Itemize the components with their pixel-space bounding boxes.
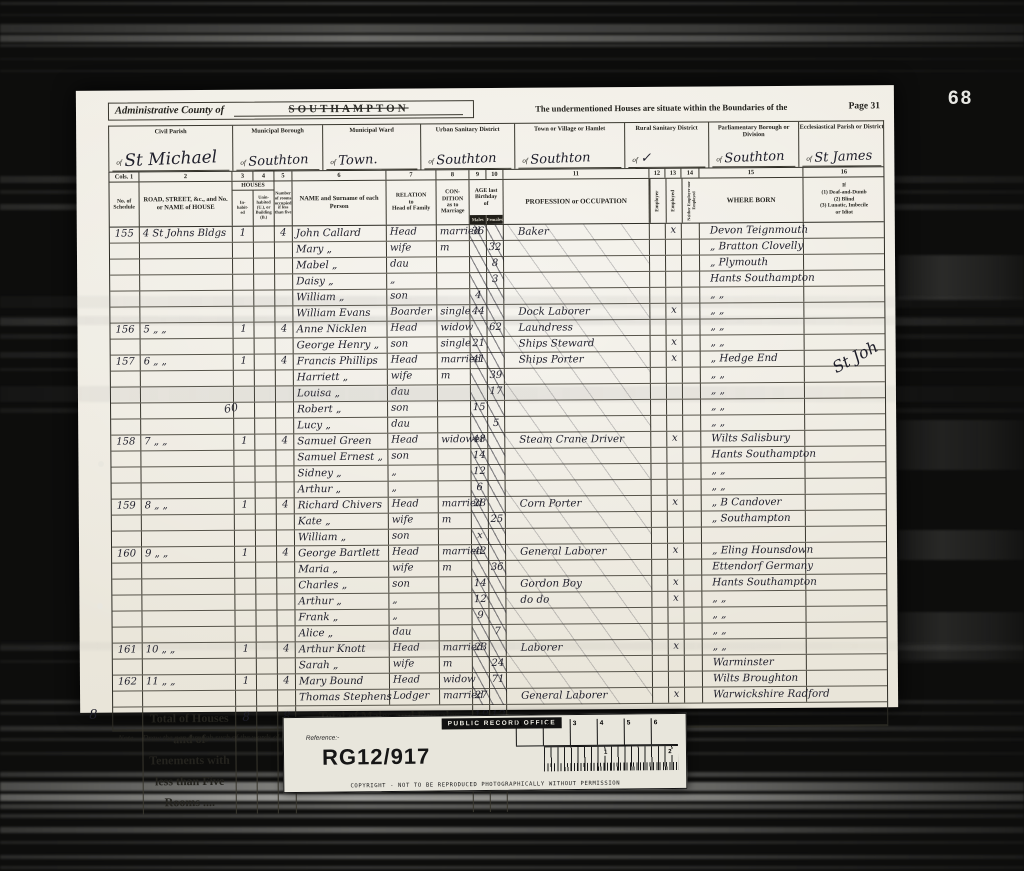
cell-employed (667, 448, 683, 463)
cell-occupation: General Laborer (506, 544, 652, 560)
cell-rooms (277, 530, 295, 545)
cell-age-female (488, 353, 505, 368)
district-label: Urban Sanitary District (421, 124, 514, 134)
cell-employer (651, 352, 667, 367)
cell-inhabited (235, 563, 256, 578)
cell-neither (683, 384, 701, 399)
ruler-mark: 5 (624, 718, 651, 744)
cell-occupation: Gordon Boy (506, 576, 652, 592)
scale-ruler: 1 2 3 4 5 6 1 2 (516, 718, 679, 778)
cell-relation: Head (389, 497, 439, 512)
cell-inhabited: 1 (235, 547, 256, 562)
ruler-mark: 2 (667, 749, 672, 755)
cell-employer (651, 416, 667, 431)
header-rooms: Number of rooms occupied if less than fi… (274, 181, 292, 225)
cell-age-female: 36 (489, 561, 506, 576)
header-age-female: Females (487, 215, 503, 224)
cell-where-born: Wilts Salisbury (701, 431, 805, 447)
cell-age-female (488, 465, 505, 480)
district-municipal-borough: Municipal Borough ofSouthton (233, 125, 323, 171)
cell-occupation (505, 416, 651, 432)
cell-condition: m (439, 513, 472, 528)
cell-occupation (506, 528, 652, 544)
cell-age-male: 4 (470, 289, 487, 304)
cell-uninhabited (254, 322, 275, 337)
cell-condition (437, 257, 470, 272)
cell-schedule (111, 387, 141, 402)
cell-where-born: Devon Teignmouth (700, 223, 804, 239)
cell-schedule: 160 (112, 547, 142, 562)
cell-employed: x (669, 640, 685, 655)
cell-age-female (488, 337, 505, 352)
cell-relation: Head (387, 321, 437, 336)
film-streak (0, 2, 1024, 5)
col-number: 4 (253, 171, 274, 180)
cell-neither (684, 592, 702, 607)
cell-where-born: „ „ (703, 623, 807, 639)
cell-name: Charles „ (295, 578, 389, 594)
header-where-born: WHERE BORN (699, 178, 803, 223)
cell-occupation (504, 240, 650, 256)
cell-age-male: 12 (471, 465, 488, 480)
cell-occupation: Steam Crane Driver (505, 432, 651, 448)
cell-age-female (487, 225, 504, 240)
district-label: Civil Parish (109, 126, 232, 136)
film-streak (0, 827, 1024, 833)
cell-condition (438, 417, 471, 432)
cell-employed: x (667, 352, 683, 367)
cell-road (141, 387, 234, 403)
cell-rooms: 4 (276, 354, 294, 369)
cell-employer (650, 320, 666, 335)
ruler-mark: 4 (597, 719, 624, 745)
cell-age-male: 36 (470, 225, 487, 240)
cell-name: John Callard (293, 226, 387, 242)
cell-inhabited (233, 243, 254, 258)
cell-occupation: Baker (504, 224, 650, 240)
cell-age-male: 14 (472, 577, 489, 592)
cell-neither (682, 256, 700, 271)
cell-rooms: 4 (275, 322, 293, 337)
cell-occupation: Dock Laborer (504, 304, 650, 320)
film-streak (0, 70, 1024, 72)
cell-uninhabited (255, 466, 276, 481)
col-number: 16 (803, 167, 884, 177)
header-infirmity: If (1) Deaf-and-Dumb (2) Blind (3) Lunat… (803, 177, 884, 222)
cell-employed (666, 272, 682, 287)
admin-county-value: SOUTHAMPTON (234, 102, 463, 117)
col-number: Cols. 1 (109, 172, 139, 181)
district-municipal-ward: Municipal Ward ofTown. (323, 124, 421, 170)
district-value: St Michael (124, 147, 218, 171)
cell-road (140, 307, 233, 323)
cell-infirmity (806, 606, 887, 622)
cell-age-male (472, 513, 489, 528)
cell-condition: single (437, 305, 470, 320)
cell-age-male (470, 273, 487, 288)
of-label: of (330, 158, 336, 166)
cell-uninhabited (254, 290, 275, 305)
cell-employed (666, 320, 682, 335)
col-number: 6 (292, 171, 386, 181)
cell-road: 4 St Johns Bldgs (140, 227, 233, 243)
cell-occupation: Corn Porter (506, 496, 652, 512)
cell-infirmity (804, 286, 885, 302)
cell-rooms: 4 (278, 642, 296, 657)
cell-neither (685, 655, 703, 670)
cell-rooms (278, 658, 296, 673)
cell-schedule: 161 (113, 643, 143, 658)
cell-condition (439, 609, 472, 624)
col-number: 3 (232, 172, 253, 181)
cell-infirmity (805, 414, 886, 430)
cell-age-female: 32 (487, 241, 504, 256)
cell-neither (682, 272, 700, 287)
col-number: 14 (681, 169, 699, 178)
cell-age-male (473, 673, 490, 688)
cell-age-male: 12 (472, 593, 489, 608)
cell-schedule: 155 (110, 227, 140, 242)
col-number: 13 (665, 169, 681, 178)
col-number: 2 (139, 172, 232, 182)
cell-age-male: 27 (473, 689, 490, 704)
cell-rooms: 4 (277, 546, 295, 561)
cell-employed: x (668, 592, 684, 607)
cell-schedule (110, 259, 140, 274)
cell-name: Arthur „ (295, 594, 389, 610)
cell-rooms (277, 482, 295, 497)
cell-neither (685, 687, 703, 702)
cell-infirmity (805, 446, 886, 462)
cell-neither (684, 528, 702, 543)
cell-inhabited (235, 595, 256, 610)
cell-condition: widow (437, 321, 470, 336)
cell-infirmity (805, 430, 886, 446)
cell-relation: son (387, 289, 437, 304)
cell-occupation (505, 400, 651, 416)
cell-age-male: 21 (471, 337, 488, 352)
cell-neither (682, 320, 700, 335)
cell-relation: „ (389, 593, 439, 608)
cell-age-male: 9 (472, 609, 489, 624)
cell-rooms (275, 274, 293, 289)
cell-neither (682, 224, 700, 239)
cell-uninhabited (255, 386, 276, 401)
cell-name: Arthur Knott (296, 642, 390, 658)
cell-schedule (113, 627, 143, 642)
cell-employer (651, 448, 667, 463)
district-civil-parish: Civil Parish ofSt Michael (109, 126, 233, 172)
cell-neither (685, 640, 703, 655)
film-streak (0, 58, 1024, 60)
cell-road (142, 563, 235, 579)
cell-age-male (470, 257, 487, 272)
cell-employed (666, 288, 682, 303)
cell-schedule (110, 275, 140, 290)
cell-where-born: „ „ (702, 591, 806, 607)
cell-employer (652, 576, 668, 591)
cell-where-born: Hants Southampton (700, 271, 804, 287)
cell-employed (669, 624, 685, 639)
district-value: Southton (724, 149, 785, 167)
cell-road (141, 403, 234, 419)
cell-inhabited (234, 451, 255, 466)
film-streak (0, 841, 1024, 844)
cell-employed: x (668, 576, 684, 591)
cell-name: Frank „ (295, 610, 389, 626)
cell-rooms (275, 258, 293, 273)
cell-inhabited (234, 339, 255, 354)
cell-age-male: 48 (471, 433, 488, 448)
cell-infirmity (806, 558, 887, 574)
of-label: of (806, 155, 812, 163)
cell-neither (684, 576, 702, 591)
district-value: Southton (248, 152, 309, 170)
cell-infirmity (804, 270, 885, 286)
cell-employer (650, 240, 666, 255)
cell-relation: Head (390, 673, 440, 688)
cell-road (141, 339, 234, 355)
cell-road (141, 467, 234, 483)
cell-name: Mabel „ (293, 258, 387, 274)
total-houses-label: Total of Houses and of Tenements with le… (143, 707, 237, 815)
cell-infirmity (805, 462, 886, 478)
cell-schedule (110, 291, 140, 306)
cell-rooms (275, 306, 293, 321)
cell-inhabited (236, 627, 257, 642)
cell-condition: married (438, 353, 471, 368)
header-houses-group: HOUSES In- habit- ed Unin- habited (U.),… (232, 181, 274, 225)
of-label: of (240, 159, 246, 167)
cell-relation: Head (387, 225, 437, 240)
header-age: AGE last Birthday of (469, 180, 502, 215)
cell-employed: x (668, 544, 684, 559)
cell-employed (667, 368, 683, 383)
cell-neither (684, 544, 702, 559)
cell-name: William Evans (293, 306, 387, 322)
cell-uninhabited (257, 642, 278, 657)
cell-employed: x (666, 224, 682, 239)
cell-employer (652, 528, 668, 543)
cell-where-born: „ B Candover (702, 495, 806, 511)
cell-condition: m (439, 561, 472, 576)
admin-county-label: Administrative County of (115, 104, 224, 116)
cell-rooms (277, 514, 295, 529)
cell-infirmity (806, 590, 887, 606)
cell-infirmity (807, 638, 888, 654)
cell-inhabited: 1 (235, 499, 256, 514)
cell-where-born: „ „ (700, 319, 804, 335)
cell-age-male: 14 (471, 449, 488, 464)
cell-employer (651, 432, 667, 447)
cell-road: 11 „ „ (143, 675, 236, 691)
col-number: 9 (469, 170, 486, 179)
cell-road: 7 „ „ (141, 435, 234, 451)
col-number: 7 (386, 170, 436, 179)
cell-inhabited (235, 483, 256, 498)
cell-uninhabited (254, 242, 275, 257)
cell-neither (684, 560, 702, 575)
cell-employer (651, 368, 667, 383)
cell-relation: wife (390, 657, 440, 672)
cell-age-female: 7 (490, 625, 507, 640)
cell-employed (668, 608, 684, 623)
cell-employer (650, 224, 666, 239)
cell-age-female (490, 641, 507, 656)
cell-age-female: 5 (488, 417, 505, 432)
cell-occupation: Ships Porter (505, 352, 651, 368)
margin-total: 8 (89, 708, 97, 723)
cell-occupation (506, 608, 652, 624)
cell-relation: wife (389, 513, 439, 528)
header-age-group: AGE last Birthday of Males Females (469, 180, 503, 224)
cell-schedule: 158 (111, 435, 141, 450)
cell-road: 5 „ „ (140, 323, 233, 339)
cell-schedule (110, 307, 140, 322)
cell-condition (437, 289, 470, 304)
cell-employer (650, 304, 666, 319)
cell-neither (684, 608, 702, 623)
cell-condition (439, 481, 472, 496)
cell-name: Thomas Stephens (296, 690, 390, 706)
cell-name: Samuel Ernest „ (294, 450, 388, 466)
header-employed: Employed (665, 179, 681, 223)
cell-uninhabited (256, 530, 277, 545)
cell-schedule (111, 403, 141, 418)
cell-employed (669, 656, 685, 671)
cell-occupation (505, 464, 651, 480)
of-label: of (632, 156, 638, 164)
film-streak (898, 612, 1024, 660)
cell-age-male (470, 241, 487, 256)
cell-schedule: 157 (111, 355, 141, 370)
cell-relation: dau (388, 417, 438, 432)
cell-inhabited (233, 307, 254, 322)
cell-uninhabited (257, 658, 278, 673)
cell-rooms (276, 370, 294, 385)
cell-condition (439, 529, 472, 544)
cell-employer (653, 688, 669, 703)
cell-employed: x (669, 688, 685, 703)
cell-schedule (111, 451, 141, 466)
district-label: Ecclesiastical Parish or District (799, 121, 884, 131)
cell-where-born: „ „ (701, 415, 805, 431)
cell-uninhabited (256, 546, 277, 561)
ruler-inches: 1 2 3 4 5 6 (516, 718, 678, 747)
film-streak (898, 420, 1024, 470)
district-value: Southton (530, 150, 591, 168)
cell-condition: widow (440, 673, 473, 688)
cell-age-male: x (472, 529, 489, 544)
cell-road (142, 595, 235, 611)
cell-relation: dau (387, 257, 437, 272)
cell-employed: x (668, 496, 684, 511)
cell-name: Louisa „ (294, 386, 388, 402)
film-streak (898, 530, 1024, 560)
cell-occupation (507, 656, 653, 672)
cell-condition (437, 273, 470, 288)
cell-name: Robert „ (294, 402, 388, 418)
cell-age-female (489, 545, 506, 560)
punch-hole (97, 603, 103, 609)
cell-inhabited (234, 371, 255, 386)
cell-rooms (276, 450, 294, 465)
cell-occupation (505, 368, 651, 384)
cell-schedule (112, 595, 142, 610)
cell-relation: son (389, 529, 439, 544)
film-streak (0, 866, 1024, 869)
cell-schedule (110, 243, 140, 258)
cell-employed (668, 560, 684, 575)
cell-schedule (111, 467, 141, 482)
cell-relation: dau (388, 385, 438, 400)
cell-infirmity (806, 526, 887, 542)
cell-age-female: 17 (488, 385, 505, 400)
cell-neither (682, 240, 700, 255)
cell-inhabited (235, 515, 256, 530)
cell-occupation (504, 256, 650, 272)
cell-inhabited: 1 (236, 675, 257, 690)
cell-employed (668, 528, 684, 543)
cell-relation: Boarder (387, 305, 437, 320)
cell-where-born: „ „ (702, 479, 806, 495)
cell-where-born: Wilts Broughton (703, 671, 807, 687)
cell-condition: married (440, 641, 473, 656)
cell-employer (650, 272, 666, 287)
cell-rooms (276, 418, 294, 433)
cell-rooms (277, 594, 295, 609)
film-streak (898, 255, 1024, 300)
cell-road (141, 371, 234, 387)
cell-road (143, 627, 236, 643)
district-label: Parliamentary Borough or Division (709, 122, 798, 139)
page-number: Page 31 (849, 101, 884, 111)
cell-uninhabited (256, 610, 277, 625)
cell-employed (666, 240, 682, 255)
cell-employed (668, 512, 684, 527)
cell-rooms (277, 562, 295, 577)
cell-relation: son (388, 337, 438, 352)
cell-relation: son (389, 577, 439, 592)
reference-label: Reference:- (306, 735, 339, 742)
cell-age-male: 23 (473, 641, 490, 656)
cell-schedule (112, 563, 142, 578)
cell-schedule (112, 483, 142, 498)
cell-schedule (111, 371, 141, 386)
cell-relation: dau (390, 625, 440, 640)
cell-inhabited: 1 (234, 355, 255, 370)
cell-where-born: „ „ (701, 367, 805, 383)
cell-uninhabited (255, 450, 276, 465)
cell-schedule (112, 515, 142, 530)
cell-name: Mary „ (293, 242, 387, 258)
cell-inhabited (235, 579, 256, 594)
cell-name: George Henry „ (294, 338, 388, 354)
cell-schedule (112, 611, 142, 626)
district-label: Municipal Ward (323, 124, 420, 134)
cell-name: Mary Bound (296, 674, 390, 690)
cell-age-female: 62 (487, 321, 504, 336)
cell-relation: Head (388, 353, 438, 368)
film-frame-number: 68 (948, 88, 973, 110)
cell-where-born (702, 527, 806, 543)
of-label: of (716, 155, 722, 163)
cell-infirmity (806, 494, 887, 510)
cell-age-male (470, 321, 487, 336)
cell-occupation (506, 512, 652, 528)
cell-age-female: 24 (490, 657, 507, 672)
cell-name: Samuel Green (294, 434, 388, 450)
